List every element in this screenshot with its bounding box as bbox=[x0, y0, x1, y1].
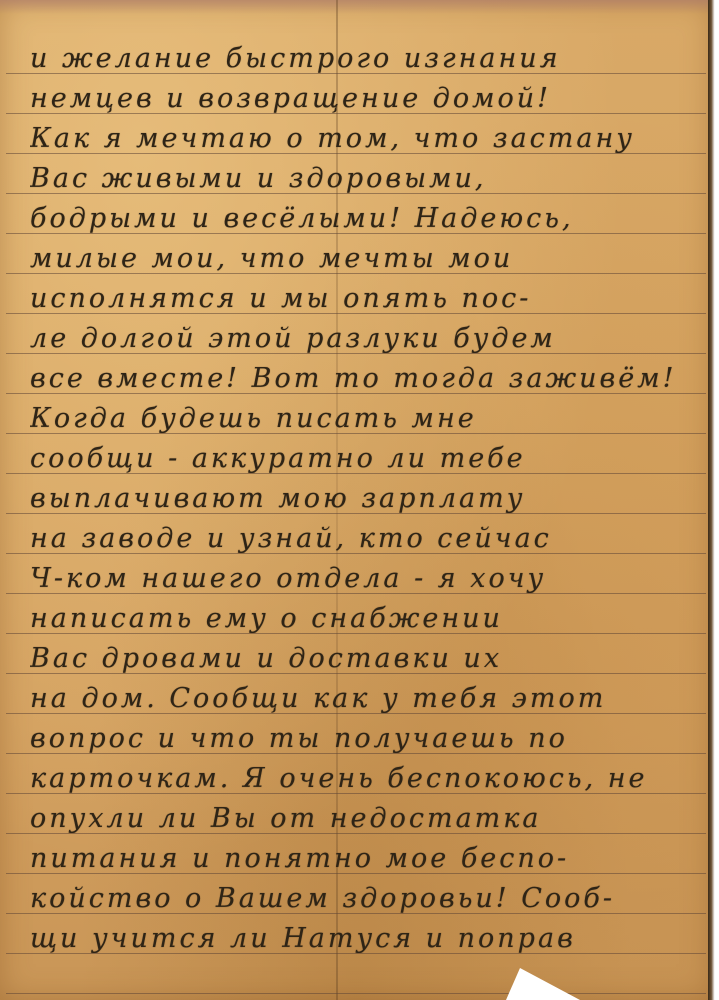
handwritten-line: исполнятся и мы опять пос- bbox=[30, 282, 700, 316]
handwritten-line: на дом. Сообщи как у тебя этот bbox=[30, 682, 700, 716]
handwritten-line: ле долгой этой разлуки будем bbox=[30, 322, 700, 356]
handwritten-line: карточкам. Я очень беспокоюсь, не bbox=[30, 762, 700, 796]
handwritten-line: и желание быстрого изгнания bbox=[30, 42, 700, 76]
handwritten-line: питания и понятно мое беспо- bbox=[30, 842, 700, 876]
handwritten-line: Когда будешь писать мне bbox=[30, 402, 700, 436]
handwritten-line: милые мои, что мечты мои bbox=[30, 242, 700, 276]
letter-page: и желание быстрого изгнания немцев и воз… bbox=[0, 0, 712, 1000]
handwritten-line: опухли ли Вы от недостатка bbox=[30, 802, 700, 836]
ruled-line bbox=[6, 993, 706, 994]
handwritten-line: Ч-ком нашего отдела - я хочу bbox=[30, 562, 700, 596]
handwritten-line: все вместе! Вот то тогда заживём! bbox=[30, 362, 700, 396]
page-right-edge bbox=[708, 0, 719, 1000]
torn-corner bbox=[506, 968, 580, 1000]
top-edge-shading bbox=[0, 0, 712, 14]
handwritten-line: на заводе и узнай, кто сейчас bbox=[30, 522, 700, 556]
handwritten-line: вопрос и что ты получаешь по bbox=[30, 722, 700, 756]
handwritten-line: бодрыми и весёлыми! Надеюсь, bbox=[30, 202, 700, 236]
handwritten-line: написать ему о снабжении bbox=[30, 602, 700, 636]
handwritten-line: Вас живыми и здоровыми, bbox=[30, 162, 700, 196]
handwritten-line: выплачивают мою зарплату bbox=[30, 482, 700, 516]
handwritten-line: щи учится ли Натуся и поправ bbox=[30, 922, 700, 956]
handwritten-line: немцев и возвращение домой! bbox=[30, 82, 700, 116]
handwritten-line: Вас дровами и доставки их bbox=[30, 642, 700, 676]
handwritten-line: сообщи - аккуратно ли тебе bbox=[30, 442, 700, 476]
handwritten-line: Как я мечтаю о том, что застану bbox=[30, 122, 700, 156]
handwritten-line: койство о Вашем здоровьи! Сооб- bbox=[30, 882, 700, 916]
